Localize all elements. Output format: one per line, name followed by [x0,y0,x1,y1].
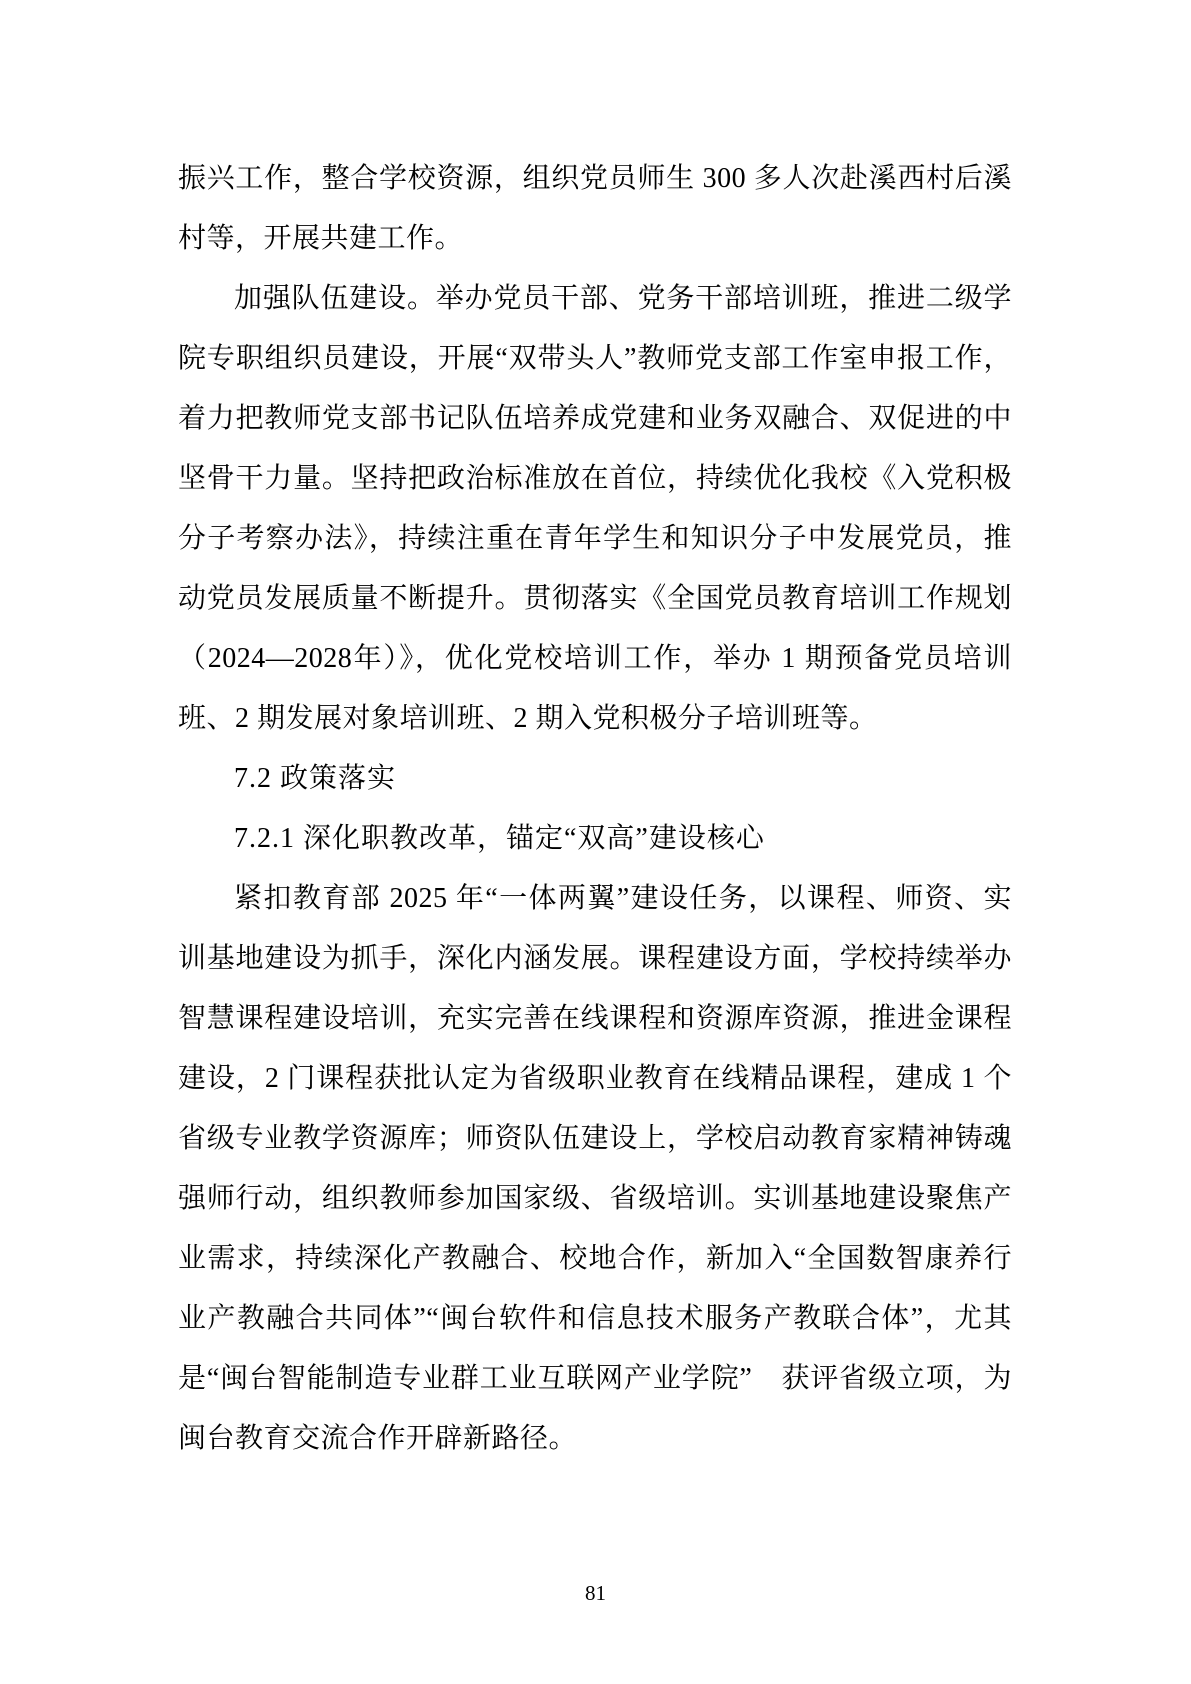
page-body: 振兴工作，整合学校资源，组织党员师生 300 多人次赴溪西村后溪村等，开展共建工… [178,149,1012,1469]
subsection-heading-7-2-1: 7.2.1 深化职教改革，锚定“双高”建设核心 [178,809,1012,869]
page-number: 81 [0,1578,1191,1608]
paragraph-party-team-building: 加强队伍建设。举办党员干部、党务干部培训班，推进二级学院专职组织员建设，开展“双… [178,269,1012,749]
section-heading-7-2: 7.2 政策落实 [178,749,1012,809]
paragraph-village-partnership-continuation: 振兴工作，整合学校资源，组织党员师生 300 多人次赴溪西村后溪村等，开展共建工… [178,149,1012,269]
document-page: 振兴工作，整合学校资源，组织党员师生 300 多人次赴溪西村后溪村等，开展共建工… [0,0,1191,1684]
paragraph-vocational-education-reform: 紧扣教育部 2025 年“一体两翼”建设任务，以课程、师资、实训基地建设为抓手，… [178,869,1012,1469]
